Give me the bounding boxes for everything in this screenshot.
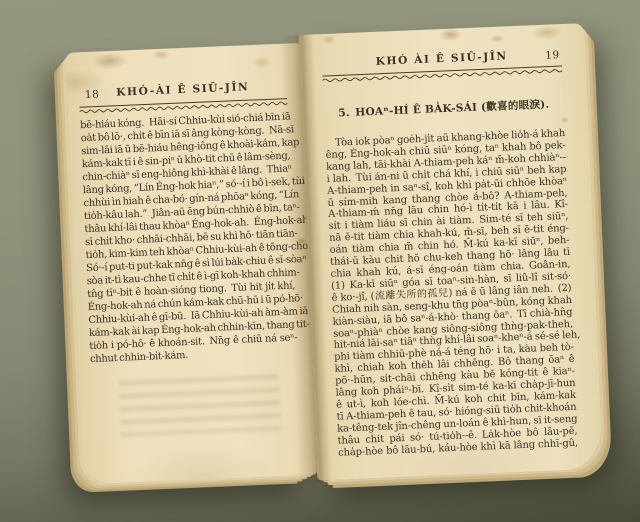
left-page-text: bē-hiáu kóng. Hāi-sí Chhiu-kùi sió-chiá … bbox=[80, 111, 298, 366]
show-through-text bbox=[119, 374, 281, 437]
left-page-number: 18 bbox=[85, 88, 100, 101]
left-running-title: KHÓ-ÀI Ê SIÛ-JÎN bbox=[79, 80, 287, 101]
right-page-number: 19 bbox=[545, 49, 560, 62]
book-photo: 18 KHÓ-ÀI Ê SIÛ-JÎN bē-hiáu kóng. Hāi-sí… bbox=[0, 0, 640, 522]
open-book: 18 KHÓ-ÀI Ê SIÛ-JÎN bē-hiáu kóng. Hāi-sí… bbox=[47, 23, 609, 495]
section-heading: 5. HOAⁿ-HÍ Ê BA̍K-SÁI (歡喜的眼淚). bbox=[324, 96, 564, 121]
right-page-text: Tòa iok pòaⁿ goe̍h-ji̍t aū khang-khòe li… bbox=[325, 128, 578, 459]
left-page: 18 KHÓ-ÀI Ê SIÛ-JÎN bē-hiáu kóng. Hāi-sí… bbox=[65, 43, 317, 484]
right-page: KHÓ ÀI Ê SIÛ-JÎN 19 5. HOAⁿ-HÍ Ê BA̍K-SÁ… bbox=[299, 23, 603, 481]
